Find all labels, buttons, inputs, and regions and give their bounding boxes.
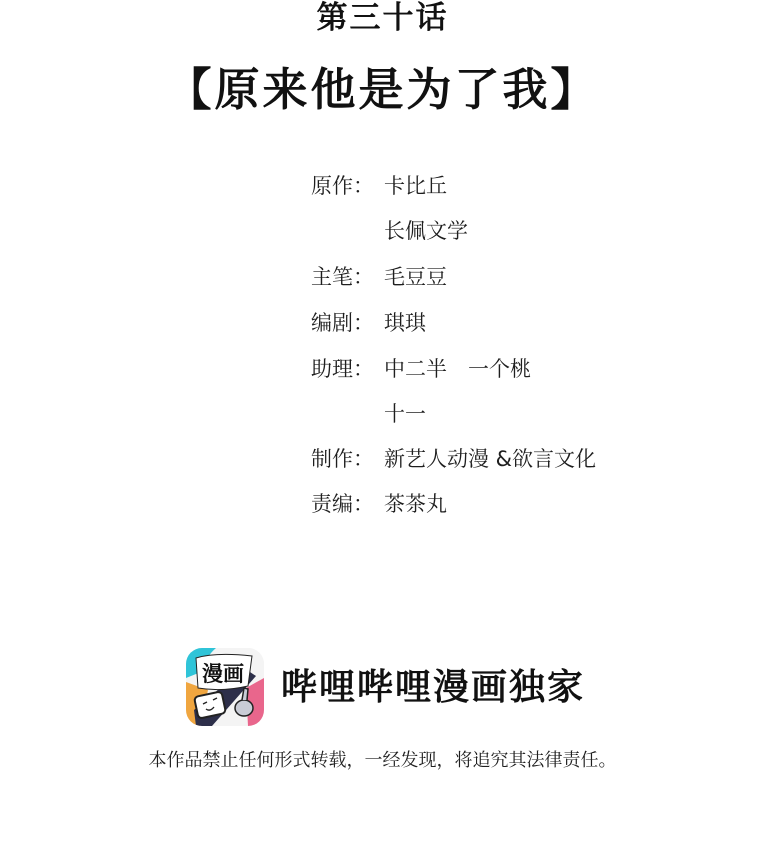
credit-value: 毛豆豆 bbox=[384, 259, 447, 295]
credit-original-author: 原作：卡比丘 bbox=[311, 168, 447, 204]
credit-value: 琪琪 bbox=[384, 305, 426, 341]
credit-value: 卡比丘 bbox=[384, 168, 447, 204]
credit-scriptwriter: 编剧：琪琪 bbox=[311, 305, 426, 341]
copyright-notice: 本作品禁止任何形式转载，一经发现，将追究其法律责任。 bbox=[0, 748, 765, 774]
credit-role: 助理： bbox=[311, 351, 384, 387]
credit-value: 长佩文学 bbox=[384, 213, 468, 249]
credit-value: 中二半 一个桃 bbox=[384, 351, 531, 387]
credit-role: 制作： bbox=[311, 441, 384, 477]
credit-assistants: 助理：中二半 一个桃 bbox=[311, 351, 531, 387]
credit-original-publisher: 长佩文学 bbox=[311, 213, 468, 249]
credit-editor: 责编：茶茶丸 bbox=[311, 486, 447, 522]
credit-role: 主笔： bbox=[311, 259, 384, 295]
credit-value: 茶茶丸 bbox=[384, 486, 447, 522]
credit-lead-artist: 主笔：毛豆豆 bbox=[311, 259, 447, 295]
credit-role: 编剧： bbox=[311, 305, 384, 341]
chapter-number: 第三十话 bbox=[0, 0, 765, 36]
credit-production: 制作：新艺人动漫 &欲言文化 bbox=[311, 441, 596, 477]
brand-text: 哔哩哔哩漫画独家 bbox=[281, 664, 585, 710]
manga-app-icon: 漫画 bbox=[186, 648, 264, 726]
credit-value: 新艺人动漫 &欲言文化 bbox=[384, 441, 596, 477]
credit-role: 原作： bbox=[311, 168, 384, 204]
credit-role: 责编： bbox=[311, 486, 384, 522]
credit-value: 十一 bbox=[384, 396, 426, 432]
credit-assistants-cont: 十一 bbox=[311, 396, 426, 432]
svg-text:漫画: 漫画 bbox=[202, 661, 244, 686]
chapter-title: 【原来他是为了我】 bbox=[0, 62, 765, 118]
